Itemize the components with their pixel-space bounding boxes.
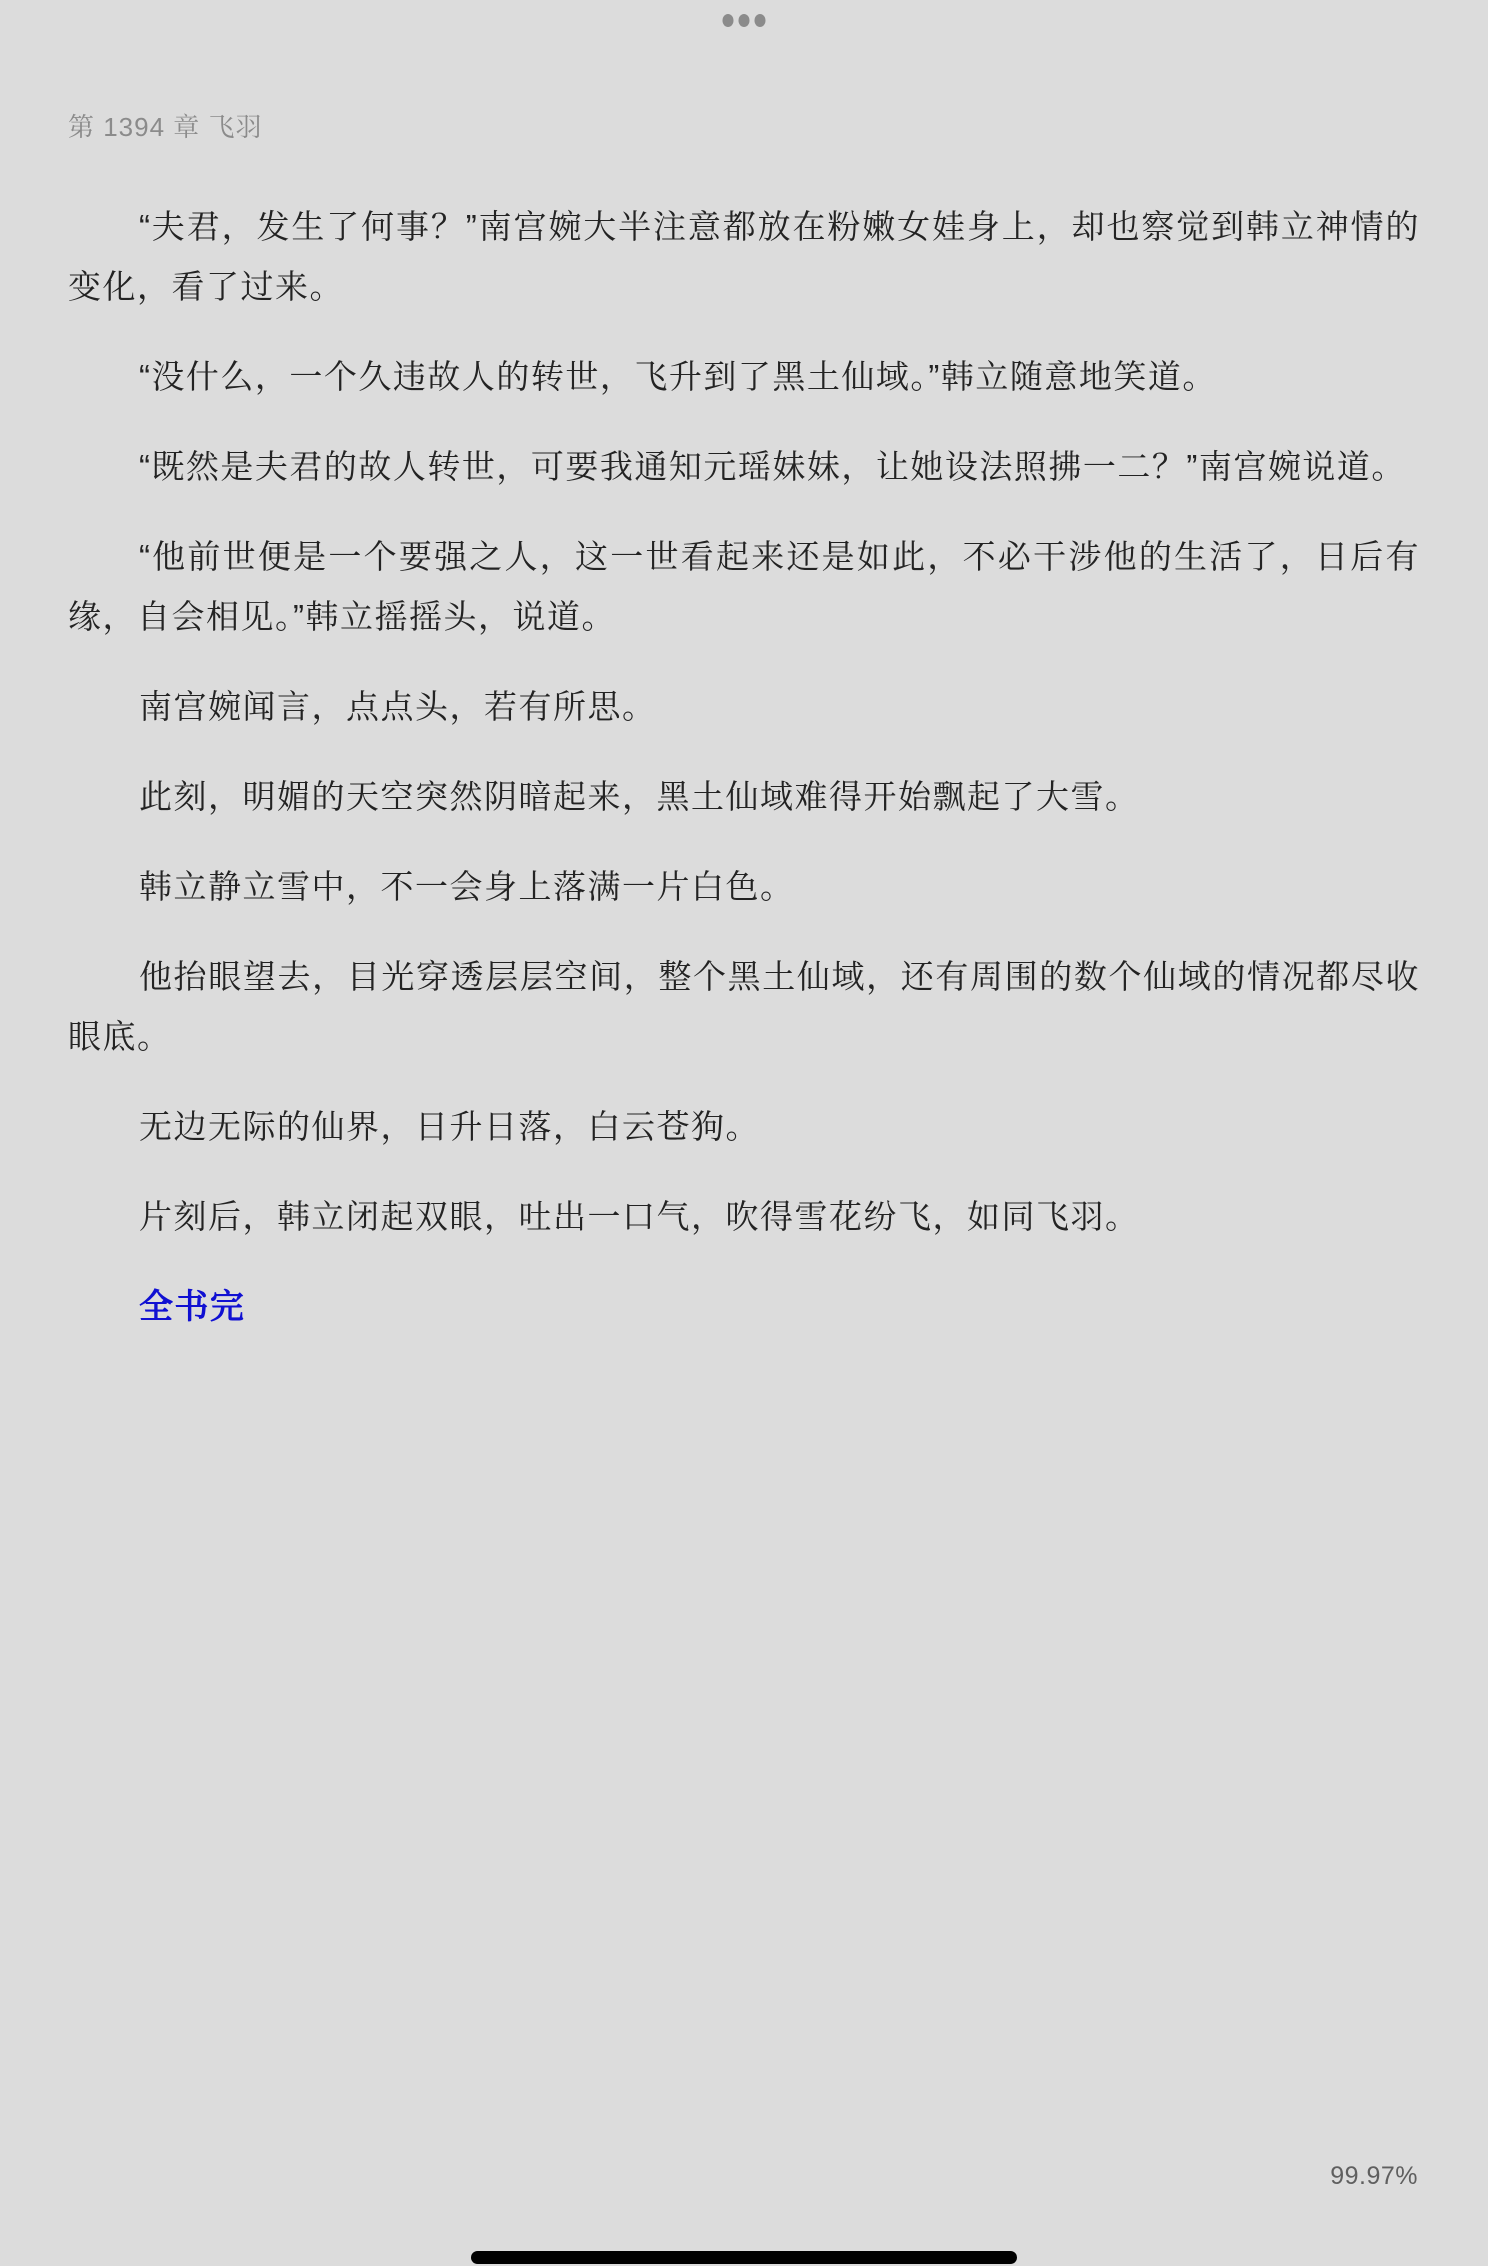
dot-icon — [723, 14, 734, 27]
reader-page: 第 1394 章 飞羽 “夫君，发生了何事？”南宫婉大半注意都放在粉嫩女娃身上，… — [0, 0, 1488, 2266]
chapter-title: 第 1394 章 飞羽 — [68, 112, 263, 142]
book-end-link[interactable]: 全书完 — [139, 1288, 246, 1326]
paragraph: “没什么，一个久违故人的转世，飞升到了黑土仙域。”韩立随意地笑道。 — [68, 347, 1420, 407]
multitasking-ellipsis-icon[interactable] — [723, 14, 766, 27]
reading-content: “夫君，发生了何事？”南宫婉大半注意都放在粉嫩女娃身上，却也察觉到韩立神情的变化… — [68, 197, 1420, 1367]
paragraph: “夫君，发生了何事？”南宫婉大半注意都放在粉嫩女娃身上，却也察觉到韩立神情的变化… — [68, 197, 1420, 317]
paragraph: 此刻，明媚的天空突然阴暗起来，黑土仙域难得开始飘起了大雪。 — [68, 767, 1420, 827]
dot-icon — [755, 14, 766, 27]
paragraph: 无边无际的仙界，日升日落，白云苍狗。 — [68, 1097, 1420, 1157]
paragraph: 韩立静立雪中，不一会身上落满一片白色。 — [68, 857, 1420, 917]
paragraph: “既然是夫君的故人转世，可要我通知元瑶妹妹，让她设法照拂一二？”南宫婉说道。 — [68, 437, 1420, 497]
reading-progress: 99.97% — [1330, 2162, 1418, 2191]
paragraph: “他前世便是一个要强之人，这一世看起来还是如此，不必干涉他的生活了，日后有缘，自… — [68, 527, 1420, 647]
home-indicator-bar[interactable] — [471, 2251, 1017, 2264]
paragraph: 他抬眼望去，目光穿透层层空间，整个黑土仙域，还有周围的数个仙域的情况都尽收眼底。 — [68, 947, 1420, 1067]
paragraph: 片刻后，韩立闭起双眼，吐出一口气，吹得雪花纷飞，如同飞羽。 — [68, 1187, 1420, 1247]
paragraph: 南宫婉闻言，点点头，若有所思。 — [68, 677, 1420, 737]
dot-icon — [739, 14, 750, 27]
end-row: 全书完 — [68, 1277, 1420, 1337]
